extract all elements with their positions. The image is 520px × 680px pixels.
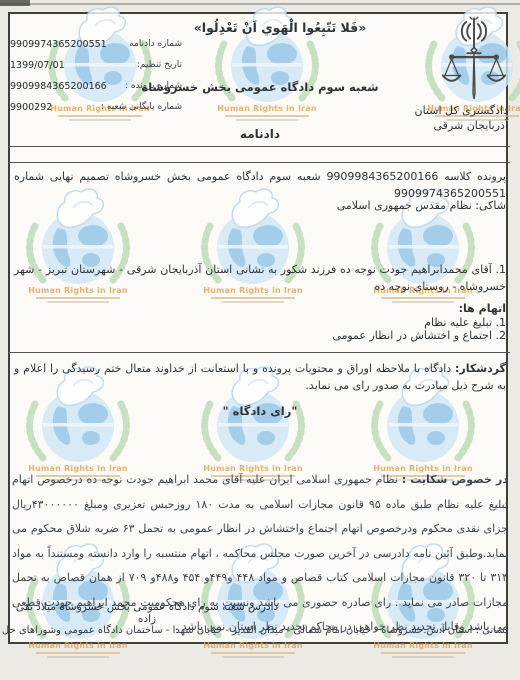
charge-item: 1. تبلیغ علیه نظام (14, 316, 506, 329)
defendant-line: 1. آقای محمدابراهیم جودت نوجه ده فرزند ش… (14, 261, 506, 295)
case-meta: شماره دادنامه 9909974365200551 تاریخ تنظ… (10, 36, 182, 120)
court-verdict-page: { "watermark": { "text": "Human Rights i… (0, 0, 520, 680)
document-type-title: دادنامه (0, 127, 520, 141)
verdict-label: در خصوص شکایت : (402, 473, 508, 486)
proceedings-paragraph: گردشکار: دادگاه با ملاحظه اوراق و محتویا… (14, 360, 506, 394)
charge-item: 2. اجتماع و اختشاش در انظار عمومی (14, 329, 506, 342)
meta-label: شماره دادنامه (129, 39, 182, 49)
plaintiff-line: شاکی: نظام مقدس جمهوری اسلامی (14, 199, 506, 212)
charges-heading: اتهام ها: (14, 302, 506, 315)
scan-artifact-corner (0, 0, 30, 6)
meta-value: 1399/07/01 (10, 60, 65, 71)
court-address-line: نشانی : استان آ.ش.خسروشاه - خیابان امام … (12, 625, 508, 636)
meta-row-date: تاریخ تنظیم: 1399/07/01 (10, 57, 182, 78)
proceedings-text: دادگاه با ملاحظه اوراق و محتویات پرونده … (14, 362, 506, 392)
meta-value: 9909974365200551 (10, 39, 107, 50)
meta-row-archive-number: شماره بایگانی شعبه : 9900292 (10, 99, 182, 120)
meta-label: شماره بایگانی شعبه : (101, 102, 182, 112)
court-branch-title: شعبه سوم دادگاه عمومی بخش خسروشاه (0, 80, 520, 94)
justice-dept-line1: دادگستری کل استان (388, 103, 508, 118)
quranic-verse: «فَلا تَتّبِعُوا الْهَوي اَنْ تَعْدِلُوا… (140, 20, 420, 35)
judge-signature-line: دادرس شعبه سوم دادگاه عمومی بخش خسروشاه … (12, 601, 282, 625)
separator-line (8, 146, 510, 147)
separator-line (8, 352, 510, 353)
proceedings-label: گردشکار: (455, 362, 506, 375)
meta-value: 9900292 (10, 102, 52, 113)
meta-row-verdict-number: شماره دادنامه 9909974365200551 (10, 36, 182, 57)
meta-label: تاریخ تنظیم: (137, 60, 182, 70)
scan-artifact-line (0, 3, 520, 5)
case-reference-line: پرونده کلاسه 9909984365200166 شعبه سوم د… (14, 168, 506, 202)
verdict-heading: "رای دادگاه " (0, 404, 520, 418)
separator-line (8, 162, 510, 163)
